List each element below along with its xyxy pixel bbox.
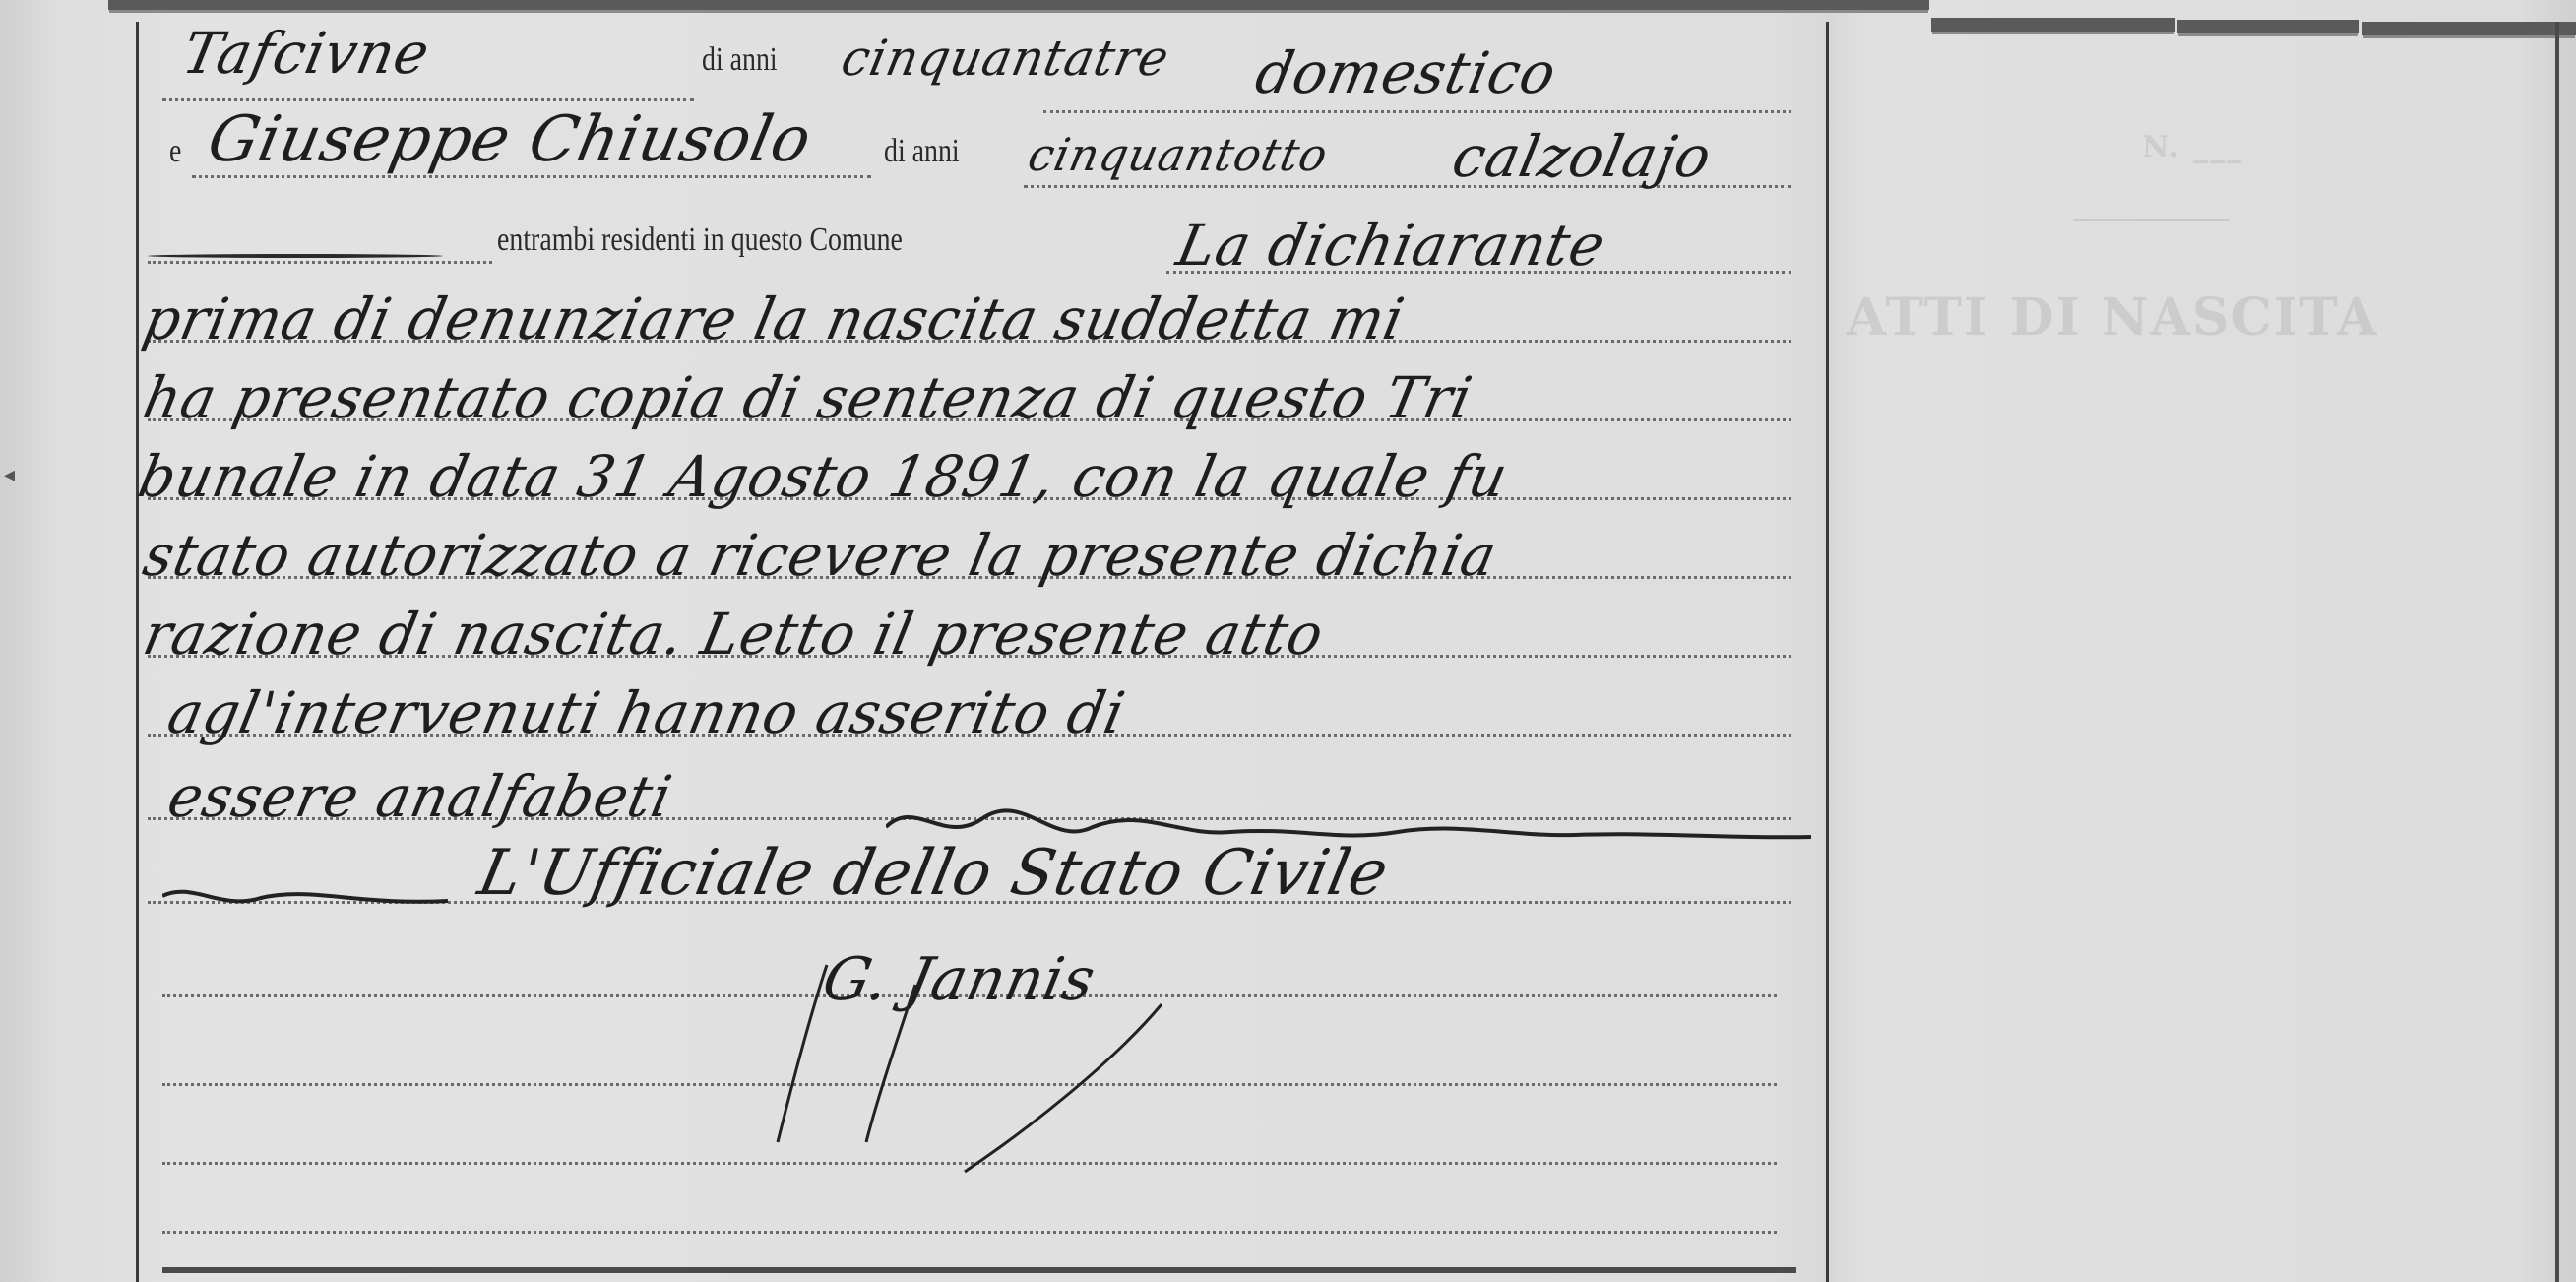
witness-2-age: cinquantotto <box>1024 128 1333 181</box>
printed-label-e: e <box>169 133 181 170</box>
body-line-7: agl'intervenuti hanno asserito di <box>162 679 1131 746</box>
witness-1-name: Tafcivne <box>177 20 436 87</box>
faint-bleed-rule <box>2073 219 2230 221</box>
closing-title: L'Ufficiale dello Stato Civile <box>472 837 1395 910</box>
signature-flourish <box>768 945 1280 1182</box>
witness-1-age: cinquantatre <box>837 30 1174 87</box>
guide-line <box>162 98 694 101</box>
body-line-3: ha presentato copia di sentenza di quest… <box>138 364 1478 431</box>
binding-mark: ◂ <box>4 463 15 487</box>
printed-label-di-anni-2: di anni <box>884 133 960 170</box>
faint-bleed-heading: ATTI DI NASCITA <box>1847 288 2378 348</box>
body-line-1: La dichiarante <box>1171 212 1611 279</box>
faint-bleed-text: N. ___ <box>2142 130 2243 164</box>
printed-label-di-anni: di anni <box>702 41 778 79</box>
right-page: N. ___ ATTI DI NASCITA <box>1827 22 2559 1282</box>
witness-1-occupation: domestico <box>1250 39 1562 106</box>
witness-2-name: Giuseppe Chiusolo <box>202 103 818 176</box>
body-line-8: essere analfabeti <box>162 763 678 830</box>
scanned-register-page: N. ___ ATTI DI NASCITA di anni e di anni… <box>0 0 2576 1282</box>
witness-2-occupation: calzolajo <box>1447 123 1718 190</box>
body-line-5: stato autorizzato a ricevere la presente… <box>138 522 1503 589</box>
top-border-left <box>108 0 1929 10</box>
guide-line <box>1043 110 1791 113</box>
guide-line <box>162 1231 1777 1234</box>
flourish <box>148 254 443 258</box>
line-filler-squiggle <box>162 876 458 916</box>
bottom-rule <box>162 1267 1796 1273</box>
body-line-6: razione di nascita. Letto il presente at… <box>138 601 1330 668</box>
body-line-4: bunale in data 31 Agosto 1891, con la qu… <box>133 443 1514 510</box>
body-line-2: prima di denunziare la nascita suddetta … <box>138 286 1411 353</box>
guide-line <box>148 261 492 264</box>
printed-label-entrambi: entrambi residenti in questo Comune <box>497 222 903 259</box>
